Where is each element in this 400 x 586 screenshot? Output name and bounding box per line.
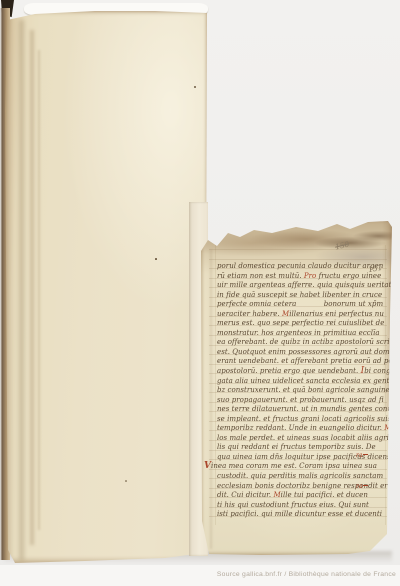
manuscript-text-line: apostolorū. pretia ergo que uendebant. I… xyxy=(217,367,389,377)
ink-text: gata alia uinea uidelicet sancta ecclesi… xyxy=(217,377,392,385)
ruled-line xyxy=(209,249,387,250)
manuscript-text-line: monstratur. hos argenteos in primitiua e… xyxy=(217,329,389,339)
manuscript-text-line: custodit. quia perditis malis agricolis … xyxy=(217,472,389,482)
ink-text: bz construxerunt. et quā boni agricole s… xyxy=(217,386,390,394)
margin-guide-line xyxy=(215,245,216,525)
credit-bar: Source gallica.bnf.fr / Bibliothèque nat… xyxy=(0,565,400,586)
ink-text: ti his qui custodiunt fructus eius. Qui … xyxy=(217,501,369,509)
manuscript-text-line: perfecte omnia cetera bonorum ut xp̄m xyxy=(217,300,389,310)
manuscript-text-line: merus est. quo sepe perfectio rei cuiusl… xyxy=(217,319,389,329)
parchment-speck xyxy=(125,480,127,482)
rubricated-text: Pro xyxy=(304,272,316,280)
ink-text: perfecte omnia cetera bonorum ut xp̄m xyxy=(217,300,383,308)
ink-text: illenarius eni perfectus nu xyxy=(289,310,384,318)
manuscript-text-line: est. Quotquot enim possessores agrorū au… xyxy=(217,348,389,358)
ink-text: dit. Cui dicitur. xyxy=(217,491,273,499)
manuscript-text-line: ea offerebant. de quibz in actibz aposto… xyxy=(217,338,389,348)
ink-text: ille tui pacifici. et ducen xyxy=(281,491,368,499)
rubricated-text: Ma xyxy=(384,424,395,432)
gutter-fold-shading xyxy=(19,20,24,560)
digitized-manuscript-view: porul domestica pecunia claudo ducitur a… xyxy=(0,0,400,586)
ink-text: est. Quotquot enim possessores agrorū au… xyxy=(217,348,400,356)
ink-text: nes terre dilatauerunt. ut in mundis gen… xyxy=(217,405,400,413)
manuscript-text-line: dit. Cui dicitur. Mille tui pacifici. et… xyxy=(217,491,389,501)
manuscript-text-line: nes terre dilatauerunt. ut in mundis gen… xyxy=(217,405,389,415)
ink-text: ea offerebant. de quibz in actibz aposto… xyxy=(217,338,400,346)
manuscript-text-line: ueraciter habere. Millenarius eni perfec… xyxy=(217,310,389,320)
parchment-speck xyxy=(155,258,157,260)
manuscript-text-line: gata alia uinea uidelicet sancta ecclesi… xyxy=(217,377,389,387)
manuscript-text-line: los male perdet. et uineas suas locabit … xyxy=(217,434,389,444)
ink-text: apostolorū. pretia ergo que uendebant. xyxy=(217,367,361,375)
ink-text: isti pacifici. qui mille dicuntur esse e… xyxy=(217,510,382,518)
ink-text: uir mille argenteas afferre. quia quisqu… xyxy=(217,281,396,289)
manuscript-text-line: ti his qui custodiunt fructus eius. Qui … xyxy=(217,501,389,511)
ink-text: rū etiam non est multū. xyxy=(217,272,304,280)
rubricated-text: M xyxy=(273,491,280,499)
gutter-fold-line xyxy=(30,30,34,545)
manuscript-text-line: porul domestica pecunia claudo ducitur a… xyxy=(217,262,389,272)
left-margin-crease xyxy=(210,249,212,549)
ink-text: inea mea coram me est. Coram ipsa uinea … xyxy=(211,462,377,470)
ink-text: monstratur. hos argenteos in primitiua e… xyxy=(217,329,380,337)
manuscript-text: porul domestica pecunia claudo ducitur a… xyxy=(217,262,389,520)
manuscript-text-line: isti pacifici. qui mille dicuntur esse e… xyxy=(217,510,389,520)
ink-text: lis qui reddant ei fructus temporibz sui… xyxy=(217,443,376,451)
parchment-speck xyxy=(194,86,196,88)
gutter-fold-line xyxy=(38,50,40,530)
ink-text: temporibz reddant. Unde in euangelio dic… xyxy=(217,424,384,432)
ink-text: merus est. quo sepe perfectio rei cuiusl… xyxy=(217,319,384,327)
manuscript-text-line: Vinea mea coram me est. Coram ipsa uinea… xyxy=(204,462,389,472)
margin-annotation: ra xyxy=(356,452,368,459)
credit-text: Source gallica.bnf.fr / Bibliothèque nat… xyxy=(217,571,396,578)
manuscript-text-line: in fide quā suscepit se habet libenter i… xyxy=(217,291,389,301)
ink-text: porul domestica pecunia claudo ducitur a… xyxy=(217,262,383,270)
manuscript-text-line: uir mille argenteas afferre. quia quisqu… xyxy=(217,281,389,291)
ink-text: ueraciter habere. xyxy=(217,310,282,318)
ink-text: bi congre xyxy=(364,367,398,375)
manuscript-text-line: temporibz reddant. Unde in euangelio dic… xyxy=(217,424,389,434)
ink-text: custodit. quia perditis malis agricolis … xyxy=(217,472,383,480)
manuscript-text-line: se impleant. et fructus grani locati agr… xyxy=(217,415,389,425)
manuscript-text-line: rū etiam non est multū. Pro fructu ergo … xyxy=(217,272,389,282)
ink-text: los male perdet. et uineas suas locabit … xyxy=(217,434,397,442)
blank-verso-page xyxy=(5,10,207,563)
manuscript-text-line: bz construxerunt. et quā boni agricole s… xyxy=(217,386,389,396)
rubricated-text: V xyxy=(204,461,211,471)
margin-annotation: ra xyxy=(356,483,368,490)
ink-text: in fide quā suscepit se habet libenter i… xyxy=(217,291,382,299)
manuscript-text-line: suo propagauerunt. et probauerunt. usqz … xyxy=(217,396,389,406)
photo-background: porul domestica pecunia claudo ducitur a… xyxy=(0,0,400,565)
ink-text: erant uendebant. et afferebant pretia eo… xyxy=(217,357,400,365)
ruled-line xyxy=(209,259,387,260)
ink-text: suo propagauerunt. et probauerunt. usqz … xyxy=(217,396,384,404)
manuscript-fragment-page: porul domestica pecunia claudo ducitur a… xyxy=(201,221,392,555)
ink-text: se impleant. et fructus grani locati agr… xyxy=(217,415,391,423)
